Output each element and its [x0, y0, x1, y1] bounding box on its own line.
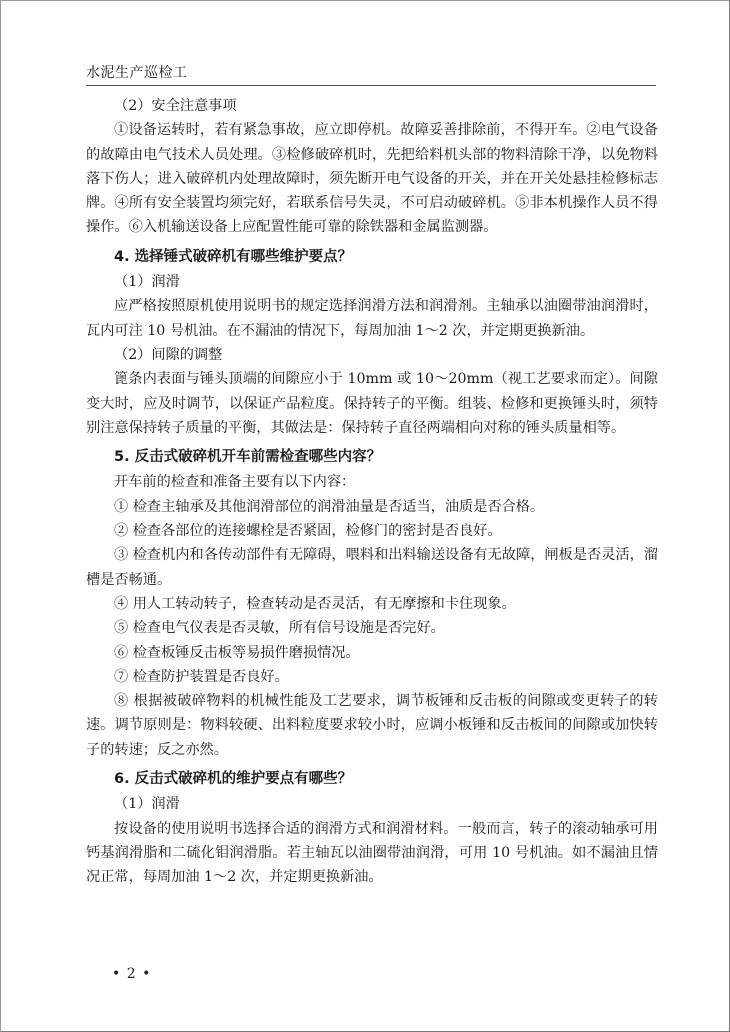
question-5-heading: 5. 反击式破碎机开车前需检查哪些内容？	[86, 445, 658, 469]
safety-paragraph: ①设备运转时，若有紧急事故，应立即停机。故障妥善排除前，不得开车。②电气设备的故…	[86, 118, 658, 239]
page-number: • 2 •	[112, 966, 151, 982]
q5-intro: 开车前的检查和准备主要有以下内容：	[86, 470, 658, 494]
q6-lubrication-paragraph: 按设备的使用说明书选择合适的润滑方式和润滑材料。一般而言，转子的滚动轴承可用钙基…	[86, 817, 658, 890]
q5-list-item: ⑦ 检查防护装置是否良好。	[86, 665, 658, 689]
q4-subheading-lubrication: （1）润滑	[86, 270, 658, 294]
q4-lubrication-paragraph: 应严格按照原机使用说明书的规定选择润滑方法和润滑剂。主轴承以油圈带油润滑时，瓦内…	[86, 294, 658, 343]
safety-subheading: （2）安全注意事项	[86, 94, 658, 118]
q5-list-item: ② 检查各部位的连接螺栓是否紧固，检修门的密封是否良好。	[86, 519, 658, 543]
q4-subheading-gap-adjustment: （2）间隙的调整	[86, 343, 658, 367]
header-divider	[86, 85, 656, 86]
question-4-heading: 4. 选择锤式破碎机有哪些维护要点？	[86, 245, 658, 269]
q5-list-item: ⑥ 检查板锤反击板等易损件磨损情况。	[86, 641, 658, 665]
question-6-heading: 6. 反击式破碎机的维护要点有哪些？	[86, 767, 658, 791]
q6-subheading-lubrication: （1）润滑	[86, 792, 658, 816]
q4-gap-adjustment-paragraph: 篦条内表面与锤头顶端的间隙应小于 10mm 或 10～20mm（视工艺要求而定）…	[86, 367, 658, 440]
q5-list-item: ① 检查主轴承及其他润滑部位的润滑油量是否适当，油质是否合格。	[86, 495, 658, 519]
running-header: 水泥生产巡检工	[86, 62, 656, 82]
q5-list-item: ④ 用人工转动转子，检查转动是否灵活，有无摩擦和卡住现象。	[86, 592, 658, 616]
q5-list-item: ⑤ 检查电气仪表是否灵敏，所有信号设施是否完好。	[86, 616, 658, 640]
page-body: （2）安全注意事项 ①设备运转时，若有紧急事故，应立即停机。故障妥善排除前，不得…	[86, 94, 658, 890]
q5-list-item: ③ 检查机内和各传动部件有无障碍，喂料和出料输送设备有无故障，闸板是否灵活，溜槽…	[86, 543, 658, 592]
q5-list-item: ⑧ 根据被破碎物料的机械性能及工艺要求，调节板锤和反击板的间隙或变更转子的转速。…	[86, 689, 658, 762]
